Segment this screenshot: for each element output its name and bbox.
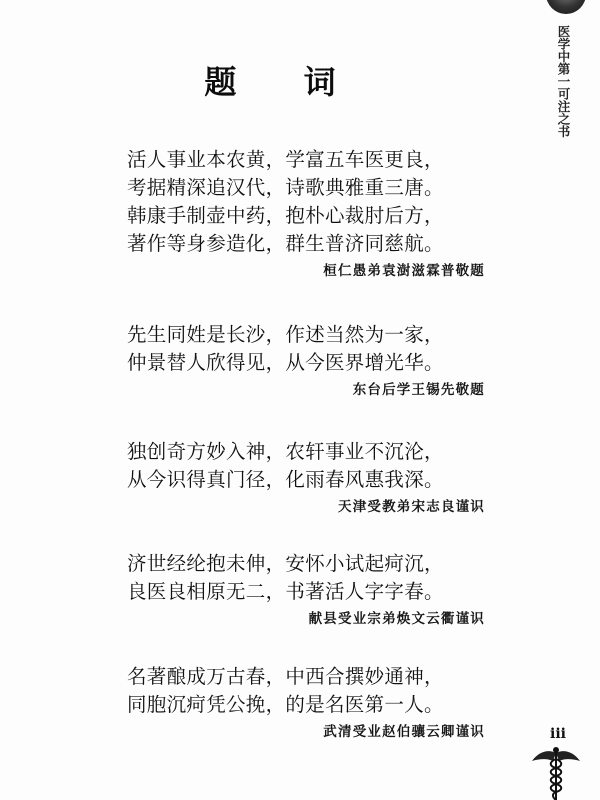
caduceus-icon <box>531 745 581 800</box>
medical-seal-icon <box>546 0 586 14</box>
inscription-5: 名著酿成万古春，中西合撰妙通神， 同胞沉疴凭公挽，的是名医第一人。 武清受业赵伯… <box>127 663 487 743</box>
inscription-4: 济世经纶抱未伸，安怀小试起疴沉， 良医良相原无二，书著活人字字春。 献县受业宗弟… <box>127 550 487 630</box>
poem-line: 从今识得真门径，化雨春风惠我深。 <box>127 466 487 494</box>
page-number: iii <box>543 726 573 742</box>
inscription-2: 先生同姓是长沙，作述当然为一家， 仲景替人欣得见，从今医界增光华。 东台后学王锡… <box>127 321 487 401</box>
inscription-1: 活人事业本农黄，学富五车医更良， 考据精深追汉代，诗歌典雅重三唐。 韩康手制壶中… <box>127 146 487 282</box>
inscription-signature: 东台后学王锡先敬题 <box>127 379 487 401</box>
inscription-signature: 桓仁愚弟袁澍滋霖普敬题 <box>127 260 487 282</box>
running-header-book-title: 医学中第一可注之书 <box>553 25 573 138</box>
poem-line: 著作等身参造化，群生普济同慈航。 <box>127 230 487 258</box>
poem-line: 同胞沉疴凭公挽，的是名医第一人。 <box>127 691 487 719</box>
inscription-signature: 武清受业赵伯骧云卿谨识 <box>127 721 487 743</box>
poem-line: 韩康手制壶中药，抱朴心裁肘后方， <box>127 202 487 230</box>
poem-line: 名著酿成万古春，中西合撰妙通神， <box>127 663 487 691</box>
poem-line: 考据精深追汉代，诗歌典雅重三唐。 <box>127 174 487 202</box>
poem-line: 先生同姓是长沙，作述当然为一家， <box>127 321 487 349</box>
poem-line: 独创奇方妙入神，农轩事业不沉沦， <box>127 438 487 466</box>
inscription-signature: 天津受教弟宋志良谨识 <box>127 496 487 518</box>
inscription-3: 独创奇方妙入神，农轩事业不沉沦， 从今识得真门径，化雨春风惠我深。 天津受教弟宋… <box>127 438 487 518</box>
poem-line: 良医良相原无二，书著活人字字春。 <box>127 578 487 606</box>
poem-line: 仲景替人欣得见，从今医界增光华。 <box>127 349 487 377</box>
page-title: 题 词 <box>0 57 540 103</box>
inscription-signature: 献县受业宗弟焕文云衢谨识 <box>127 608 487 630</box>
poem-line: 济世经纶抱未伸，安怀小试起疴沉， <box>127 550 487 578</box>
poem-line: 活人事业本农黄，学富五车医更良， <box>127 146 487 174</box>
